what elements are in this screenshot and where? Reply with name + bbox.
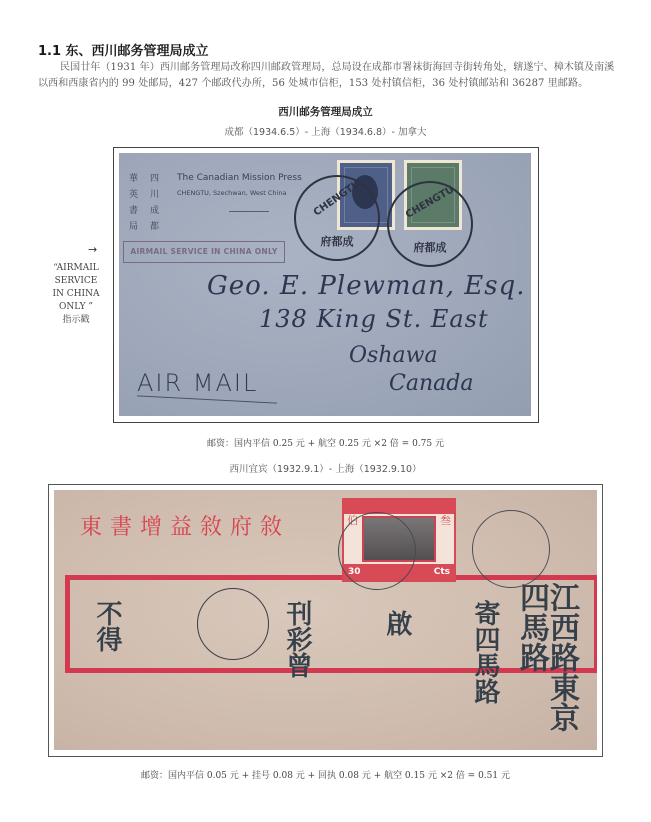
address-line: Oshawa [349,343,438,368]
side-note-line: IN CHINA [40,288,112,301]
brush-address: 刊彩曾 [284,600,310,678]
figure-title: 西川邮务管理局成立 [0,104,651,119]
stamp-unit: Cts [434,564,450,580]
address-line: 138 King St. East [259,305,489,333]
cn-char: 華 [129,171,148,187]
brush-note: 不得 [94,600,120,652]
cn-char: 局 [129,219,148,235]
cover1-postage: 邮资：国内平信 0.25 元 + 航空 0.25 元 ×2 倍 = 0.75 元 [0,436,651,449]
cover2-route: 西川宜宾（1932.9.1）- 上海（1932.9.10） [0,461,651,475]
cn-char: 英 [129,187,148,203]
postmark-circle: CHENGTU 府都成 [294,175,380,261]
side-note-line: ONLY ” [40,301,112,314]
printed-sender-chinese: 華 四 英 川 書 成 局 都 [129,171,169,235]
postmark-text: CHENGTU [300,170,373,226]
stamp-corner: 叁 [440,512,451,528]
native-envelope-image: 東書增益敘府敘 伯 叁 30 Cts 江西路東京四馬路 寄四馬路 啟 刊彩曾 不… [54,490,597,750]
cn-char: 都 [150,219,169,235]
address-line: Canada [389,371,473,396]
postmark-circle [338,512,416,590]
brush-address: 啟 [384,610,410,636]
section-title: 1.1 东、西川邮务管理局成立 [38,40,209,59]
side-note: “AIRMAIL SERVICE IN CHINA ONLY ” 指示戳 [40,262,112,327]
brush-address: 寄四馬路 [472,600,498,704]
address-line: Geo. E. Plewman, Esq. [207,271,526,301]
airmail-cachet: AIRMAIL SERVICE IN CHINA ONLY [123,241,285,263]
side-note-line: SERVICE [40,275,112,288]
cover1-frame: 華 四 英 川 書 成 局 都 The Canadian Mission Pre… [113,147,539,423]
sender-address: CHENGTU, Szechwan, West China [177,189,286,197]
stamp-top-band [344,500,454,514]
red-printed-sender: 東書增益敘府敘 [80,510,290,541]
cn-char: 書 [129,203,148,219]
postmark-circle [472,510,550,588]
cn-char: 川 [150,187,169,203]
cover2-postage: 邮资：国内平信 0.05 元 + 挂号 0.08 元 + 回执 0.08 元 +… [0,768,651,781]
postmark-circle: CHENGTU 府都成 [387,181,473,267]
cover1-route: 成都（1934.6.5）- 上海（1934.6.8）- 加拿大 [0,124,651,138]
intro-paragraph: 民国廿年（1931 年）西川邮务管理局改称四川邮政管理局，总局设在成都市署袜街海… [38,60,616,92]
cover2-frame: 東書增益敘府敘 伯 叁 30 Cts 江西路東京四馬路 寄四馬路 啟 刊彩曾 不… [48,484,603,757]
arrow-right-icon: → [88,243,97,256]
side-note-line: 指示戳 [40,314,112,327]
sender-name: The Canadian Mission Press [177,173,302,183]
cn-char: 成 [150,203,169,219]
handwritten-airmail: AIR MAIL [137,369,258,397]
postmark-circle [197,588,269,660]
postmark-cn: 府都成 [389,239,471,255]
signature-line [229,211,269,212]
brush-address: 江西路東京四馬路 [516,582,576,750]
postmark-cn: 府都成 [296,233,378,249]
side-note-line: “AIRMAIL [40,262,112,275]
airmail-envelope-image: 華 四 英 川 書 成 局 都 The Canadian Mission Pre… [119,153,531,416]
cn-char: 四 [150,171,169,187]
